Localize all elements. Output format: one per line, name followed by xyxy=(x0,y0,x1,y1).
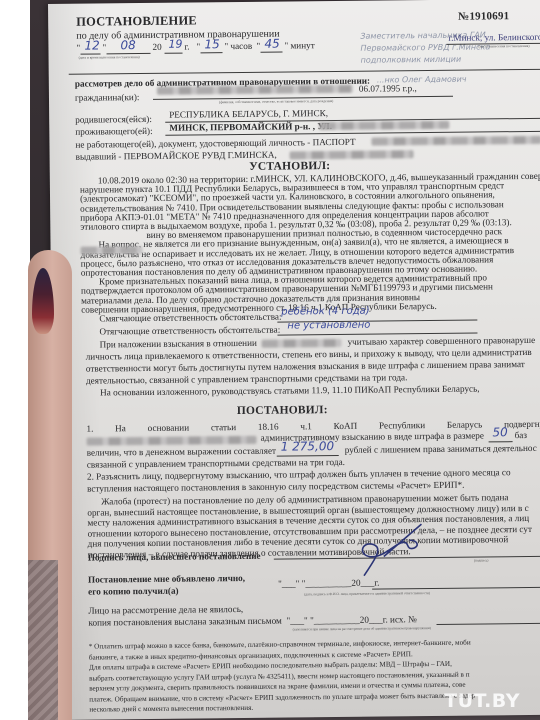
date-month: 08 xyxy=(120,39,135,51)
time-hours: 15 xyxy=(204,38,219,50)
absent-date-blank: "___" "__________20___г. исх. № xyxy=(286,615,416,626)
text-word: На xyxy=(115,423,126,433)
watermark-logo: TUT.BY xyxy=(444,690,520,712)
sleeve xyxy=(28,560,58,720)
decided-heading: ПОСТАНОВИЛ: xyxy=(52,403,512,419)
mitigating-value: ребёнок (4 года) xyxy=(281,307,370,318)
born-label: родившегося(ейся): xyxy=(75,115,152,125)
mitigating-label: Смягчающие ответственность обстоятельств… xyxy=(99,313,281,324)
text-word: статьи xyxy=(211,422,236,432)
absent-label-1: Лицо на рассмотрение дела не явилось, xyxy=(88,605,243,616)
redacted-address xyxy=(319,121,449,130)
date-caption: (дата и время вынесения постановления) xyxy=(79,56,140,60)
document-page: ПОСТАНОВЛЕНИЕ по делу об административно… xyxy=(48,0,540,720)
redacted-name xyxy=(81,246,143,255)
born-value: РЕСПУБЛИКА БЕЛАРУСЬ, Г. МИНСК, xyxy=(169,109,328,120)
place-caption: (место вынесения постановления) xyxy=(478,45,529,49)
redacted-issue-date xyxy=(290,150,414,159)
text-word: Беларусь xyxy=(447,419,482,429)
citizen-label: гражданина(ки): xyxy=(75,93,140,103)
fine-amount: 1 275,00 xyxy=(281,440,335,453)
text-word: КоАП xyxy=(334,421,358,431)
document-title: ПОСТАНОВЛЕНИЕ xyxy=(76,14,197,28)
text-line: несколько дней с момента вынесения поста… xyxy=(89,705,253,714)
official-stamp-line-3: подполковник милиции xyxy=(361,56,462,65)
signer-label: Подпись лица, вынесшего постановление xyxy=(88,552,261,563)
date-year: 19 xyxy=(168,39,182,50)
text-line: * Оплатить штраф можно в кассе банка, ба… xyxy=(89,640,471,651)
document-line: не работающего(ей), документ, удостоверя… xyxy=(75,138,355,150)
aggravating-label: Отягчающие ответственность обстоятельств… xyxy=(99,326,280,337)
text-word: подвергнуть xyxy=(504,419,540,430)
signature-caption: (подпись) xyxy=(474,559,489,563)
text-word: 18.16 xyxy=(258,422,279,432)
document-number: №1910691 xyxy=(458,11,509,23)
text-word: основании xyxy=(148,423,190,433)
citizen-birthdate: 06.07.1995 г.р., xyxy=(359,84,417,94)
issued-line: выдавший - ПЕРВОМАЙСКОЕ РУВД Г.МИНСКА, xyxy=(76,151,277,162)
official-stamp-line-2: Первомайского РУВД г.Минска xyxy=(360,43,490,52)
time-minutes: 45 xyxy=(264,38,279,50)
redacted-passport xyxy=(371,136,540,146)
text-word: 1. xyxy=(86,424,93,434)
date-day: 12 xyxy=(84,39,99,51)
announced-label-1: Постановление мне объявлено лично, xyxy=(88,574,245,585)
announced-caption: (дата, подпись и Ф.И.О. лица, привлекаем… xyxy=(304,592,430,597)
text-word: Республики xyxy=(379,420,425,430)
redacted-name xyxy=(87,436,257,446)
redacted-name xyxy=(157,85,353,95)
aggravating-value: не установлено xyxy=(287,321,370,332)
living-value: МИНСК, ПЕРВОМАЙСКИЙ р-н. , УЛ. xyxy=(169,122,332,133)
text-word: ч.1 xyxy=(300,421,312,431)
announced-date-blank: "___" "__________20___г. xyxy=(278,579,379,589)
text-line: верхнем углу документа, сверить правильн… xyxy=(89,682,465,693)
fine-base-units: 50 xyxy=(492,426,507,438)
decision-place: г.Минск, ул. Белинского xyxy=(448,33,540,43)
signature-mark xyxy=(343,520,434,581)
announced-label-2: его копию получил(а) xyxy=(88,587,179,597)
text-line: Для оплаты штрафа в системе «Расчет» ЕРИ… xyxy=(89,661,452,672)
living-label: проживающего(ей): xyxy=(75,127,152,137)
absent-label-2: копия постановления выслана заказным пис… xyxy=(88,617,281,628)
citizen-caption: (фамилия, собственное имя, отчество, есл… xyxy=(219,100,333,105)
text-line: платеж. Обращаем внимание, что в систему… xyxy=(89,692,475,703)
absent-caption: (заполняется при неявке лица на рассмотр… xyxy=(293,627,431,632)
redacted-name xyxy=(262,339,342,348)
